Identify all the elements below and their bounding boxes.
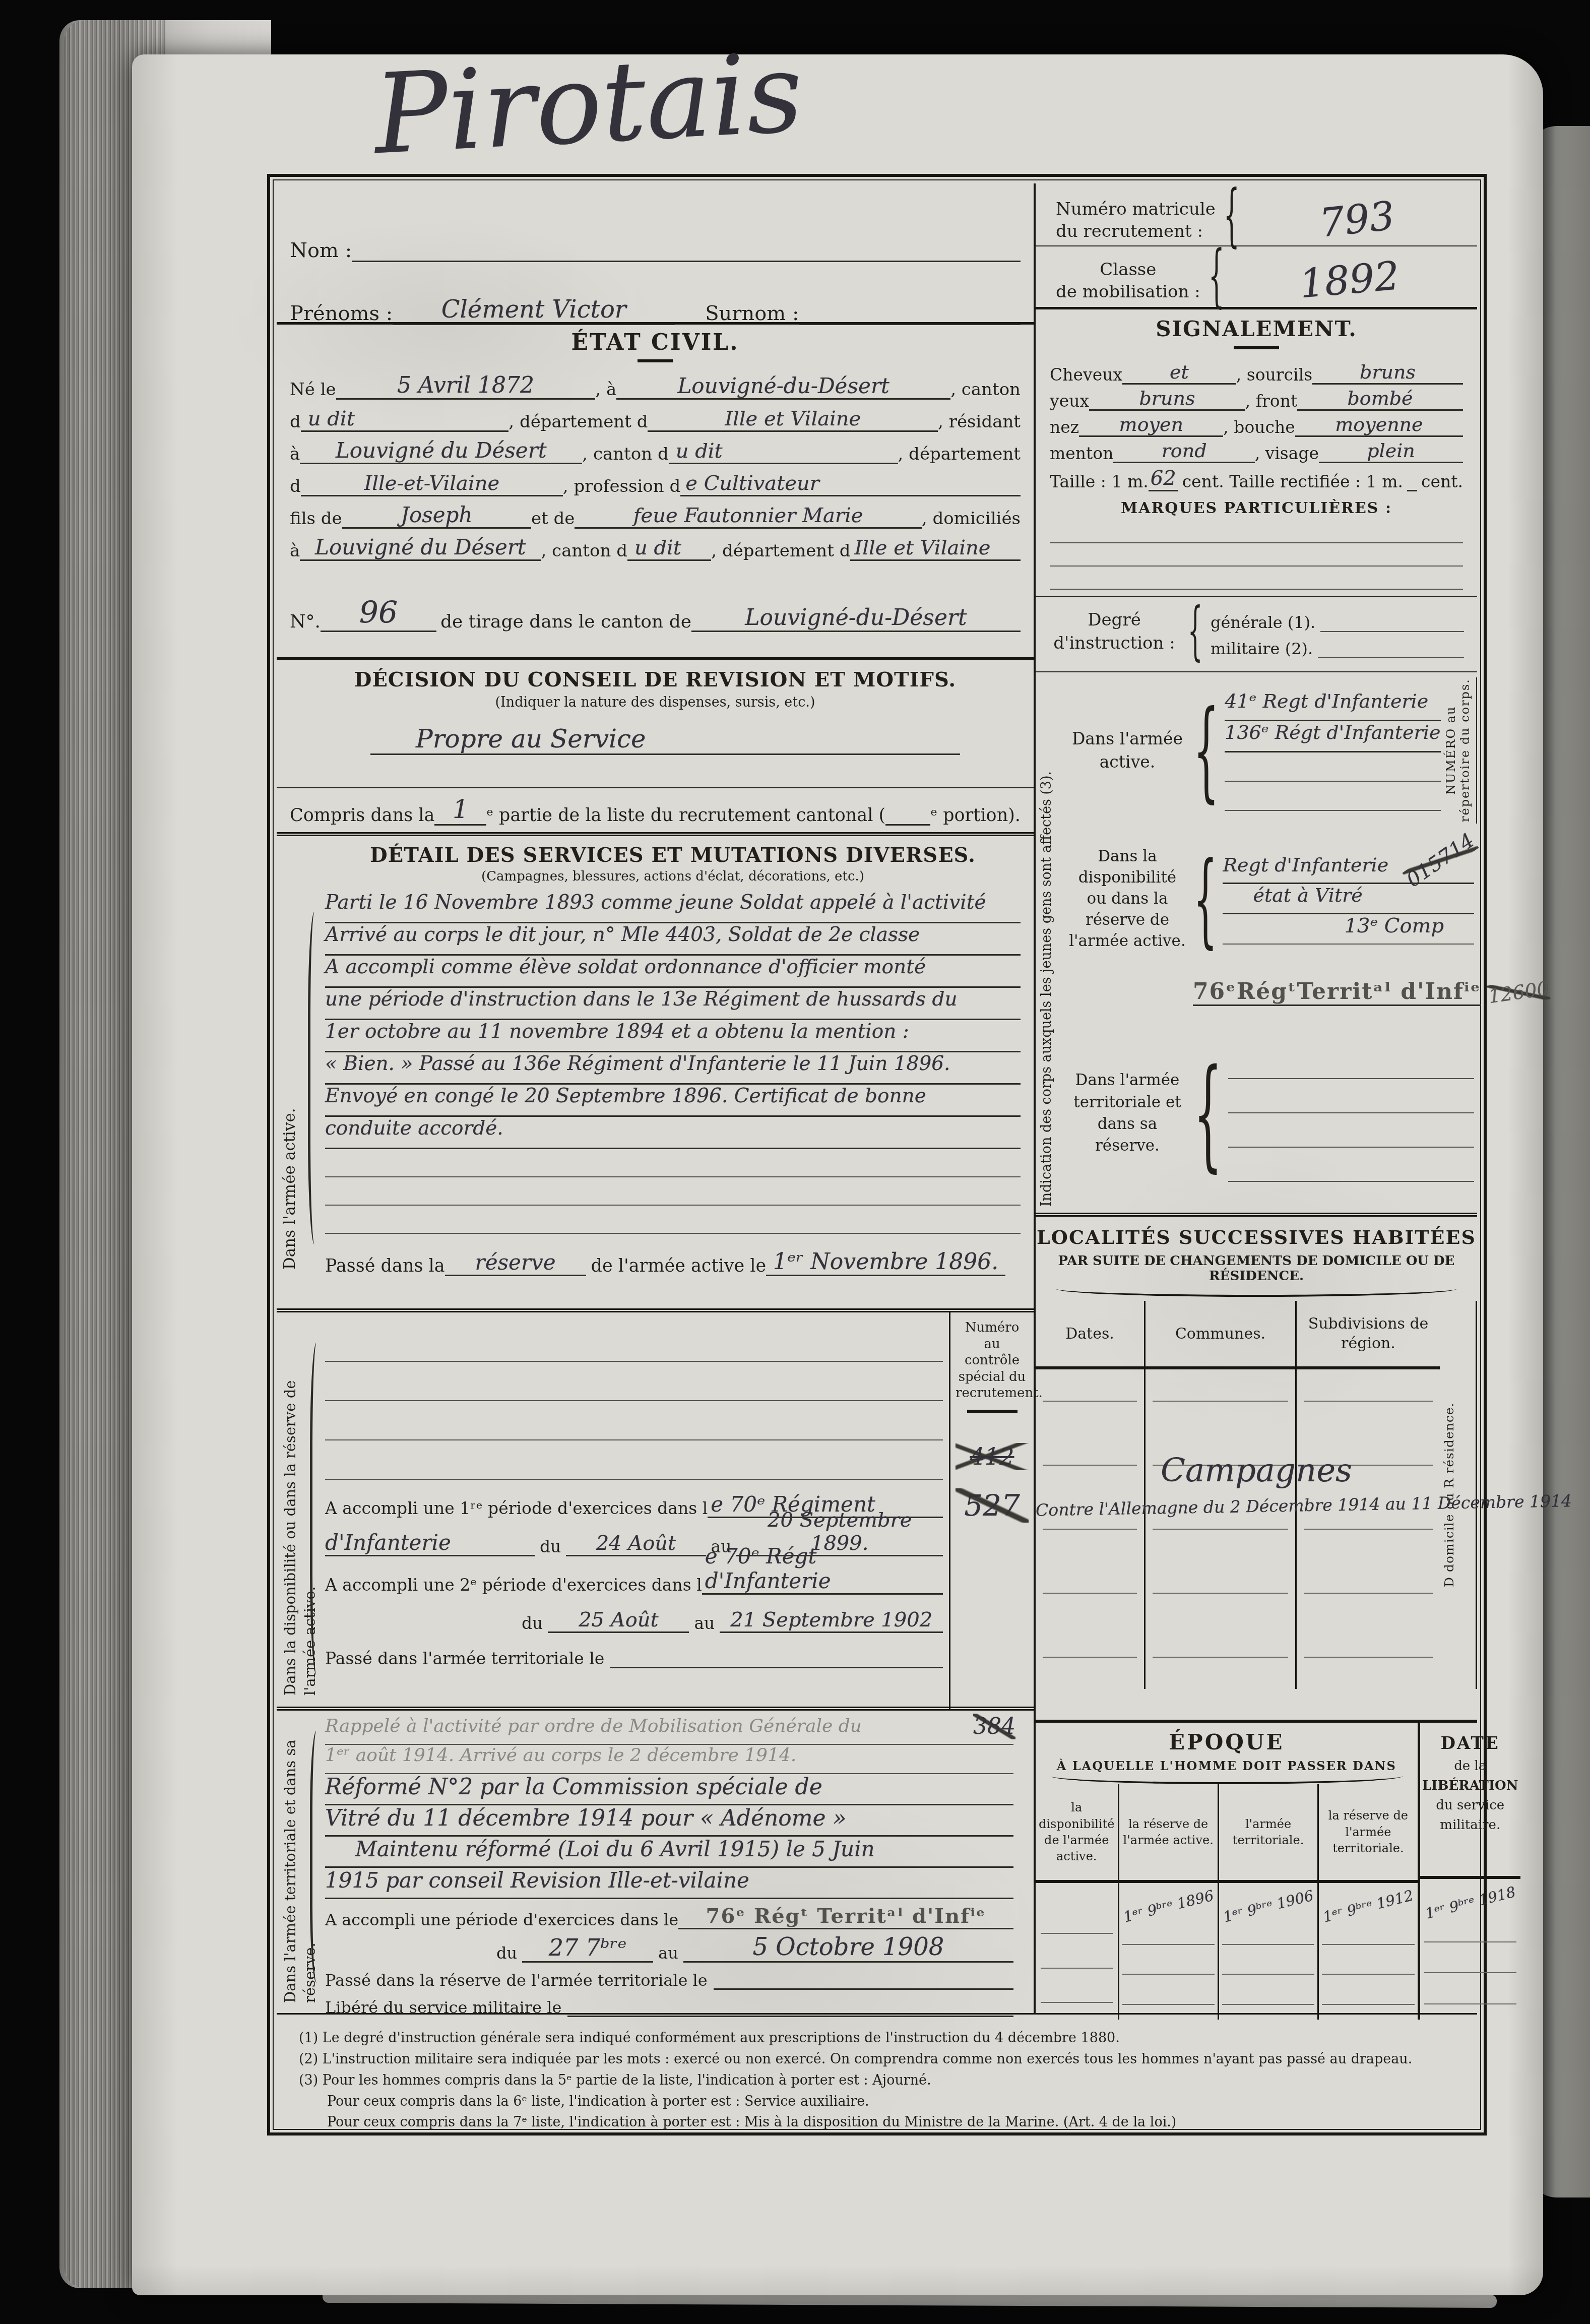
a3-label: à: [290, 541, 300, 561]
periode-prefix: A accompli une période d'exercices dans …: [325, 1910, 678, 1929]
matricule-form: Nom : Prénoms : Clément Victor Surnom : …: [267, 174, 1487, 2135]
brace: {: [1193, 1043, 1222, 1184]
epoque-col2: la réserve de l'armée active. 1ᵉʳ 9ᵇʳᵉ 1…: [1118, 1784, 1218, 2020]
p2-corps: e 70ᵉ Régt d'Infanterie: [702, 1544, 943, 1595]
blank-cell: [1322, 1944, 1414, 1945]
date-l4: du service: [1420, 1796, 1520, 1815]
taille-label: Taille : 1 m.: [1050, 472, 1149, 491]
services-section: Dans l'armée active. DÉTAIL DES SERVICES…: [277, 836, 1034, 1312]
residence: Louvigné du Désert: [300, 438, 582, 464]
departement-tail: , département: [898, 444, 1021, 464]
a2-label: à: [290, 444, 300, 464]
menton-value: rond: [1113, 439, 1254, 463]
taille-value: 62: [1149, 467, 1178, 491]
departement-naissance: Ille et Vilaine: [648, 407, 938, 432]
compris-section: Compris dans la 1 ᵉ partie de la liste d…: [277, 788, 1034, 836]
blank-line: [1050, 543, 1463, 567]
classe-label-l2: de mobilisation :: [1056, 281, 1200, 303]
passe-prefix: Passé dans la: [325, 1256, 445, 1276]
footnotes: (1) Le degré d'instruction générale sera…: [277, 2013, 1477, 2132]
surnom-line: [799, 302, 1021, 325]
blank-cell: [1122, 1944, 1215, 1945]
tirage-middle: de tirage dans le canton de: [436, 611, 691, 632]
fils-de-label: fils de: [290, 509, 342, 529]
blank-cell: [1222, 1974, 1314, 1975]
numero-raye: 384: [973, 1714, 1015, 1739]
territoriale-section: Dans l'armée territoriale et dans sa rés…: [277, 1711, 1034, 2011]
reforme-line: 1915 par conseil Revision Ille-et-vilain…: [325, 1868, 1013, 1899]
decision-value: Propre au Service: [370, 724, 960, 755]
service-line: une période d'instruction dans le 13e Ré…: [325, 988, 1021, 1020]
compris-prefix: Compris dans la: [290, 805, 434, 826]
localites-title: LOCALITÉS SUCCESSIVES HABITÉES: [1036, 1226, 1477, 1248]
blank-line: [325, 1177, 1021, 1206]
cheveux-label: Cheveux: [1050, 365, 1122, 385]
front-value: bombé: [1297, 387, 1463, 411]
date-l5: militaire.: [1420, 1815, 1520, 1835]
surnom-label: Surnom :: [705, 302, 799, 325]
passe-reserve-terr-label: Passé dans la réserve de l'armée territo…: [325, 1971, 708, 1990]
corps-active-row: Dans l'armée active. { 41ᵉ Regt d'Infant…: [1067, 672, 1477, 829]
date-liberation-col: DATE de la LIBÉRATION du service militai…: [1418, 1723, 1520, 2020]
corps-section: Indication des corps auxquels les jeunes…: [1036, 672, 1477, 1217]
d-label: d: [290, 412, 301, 432]
departement-domicile: Ille et Vilaine: [850, 536, 1021, 561]
tirage-section: N°. 96 de tirage dans le canton de Louvi…: [277, 582, 1034, 660]
blank-cell: [1153, 1465, 1288, 1466]
name-block: Nom : Prénoms : Clément Victor Surnom :: [277, 183, 1034, 325]
matricule-block: Numéro matricule du recrutement : { 793 …: [1036, 183, 1477, 309]
corps-terr-label: Dans l'armée territoriale et dans sa rés…: [1067, 1070, 1188, 1157]
blank-cell: [1304, 1657, 1433, 1658]
service-line: conduite accordé.: [325, 1117, 1021, 1149]
no-label: N°.: [290, 611, 321, 632]
col-dates-header: Dates.: [1036, 1301, 1144, 1366]
epoque-col4: la réserve de l'armée territoriale. 1ᵉʳ …: [1317, 1784, 1417, 2020]
ne-le-label: Né le: [290, 380, 336, 400]
nez-value: moyen: [1079, 413, 1223, 437]
epoque-subtitle: À LAQUELLE L'HOMME DOIT PASSER DANS: [1036, 1758, 1418, 1773]
corps-active-label: Dans l'armée active.: [1067, 727, 1188, 774]
regiment-stamp: 76ᵉ Régᵗ Territᵃˡ d'Infⁱᵉ: [678, 1904, 1013, 1929]
visage-label: , visage: [1255, 444, 1319, 463]
epoque-title: ÉPOQUE: [1036, 1730, 1418, 1754]
degre-label-l1: Degré: [1049, 609, 1180, 632]
blank-cell: [1322, 1974, 1414, 1975]
rappel-line: Rappelé à l'activité par ordre de Mobili…: [325, 1716, 1013, 1745]
profession-label: , profession d: [563, 476, 681, 496]
compris-suffix: ᵉ portion).: [930, 805, 1021, 826]
decision-title: DÉCISION DU CONSEIL DE REVISION ET MOTIF…: [290, 668, 1021, 692]
footnote-3: (3) Pour les hommes compris dans la 5ᵉ p…: [299, 2070, 1462, 2091]
blank-line: [1318, 639, 1464, 658]
passe-corps: réserve: [445, 1250, 586, 1276]
numero-matricule-label-l1: Numéro matricule: [1056, 198, 1216, 220]
epoque-reserve-active-value: 1ᵉʳ 9ᵇʳᵉ 1896: [1121, 1887, 1215, 1925]
epoque-col3-header: l'armée territoriale.: [1219, 1784, 1317, 1880]
blank-cell: [1043, 1401, 1137, 1402]
nez-label: nez: [1050, 417, 1079, 437]
sourcils-label: , sourcils: [1236, 365, 1312, 385]
title-rule: [1234, 346, 1279, 349]
col-communes: Communes.: [1144, 1301, 1295, 1689]
service-line: Envoyé en congé le 20 Septembre 1896. Ce…: [325, 1085, 1021, 1117]
prenoms-value: Clément Victor: [393, 295, 675, 325]
yeux-label: yeux: [1050, 391, 1089, 411]
col-communes-header: Communes.: [1146, 1301, 1295, 1366]
armee-active-vertical-label: Dans l'armée active.: [281, 1008, 299, 1270]
brace: {: [1224, 177, 1240, 256]
degre-generale-label: générale (1).: [1211, 613, 1315, 632]
blank-cell: [1043, 1465, 1137, 1466]
reforme-line: Vitré du 11 décembre 1914 pour « Adénome…: [325, 1805, 1013, 1837]
p1-corps2: d'Infanterie: [325, 1530, 535, 1556]
blank-cell: [1424, 2003, 1516, 2004]
service-line: 1er octobre au 11 novembre 1894 et a obt…: [325, 1020, 1021, 1052]
passe-date: 1ᵉʳ Novembre 1896.: [766, 1249, 1005, 1276]
profession: e Cultivateur: [680, 472, 1021, 496]
cheveux-value: et: [1122, 361, 1236, 385]
marques-title: MARQUES PARTICULIÈRES :: [1050, 499, 1463, 517]
corps-terr-row: Dans l'armée territoriale et dans sa rés…: [1067, 1015, 1477, 1212]
du-label: du: [517, 1613, 548, 1633]
epoque-reserve-terr-value: 1ᵉʳ 9ᵇʳᵉ 1912: [1321, 1887, 1415, 1925]
domicile: Louvigné du Désert: [300, 535, 541, 561]
blank-cell: [1424, 1941, 1516, 1942]
yeux-value: bruns: [1089, 387, 1245, 411]
blank-line: [1228, 1148, 1474, 1182]
blank-cell: [1122, 2004, 1215, 2005]
blank-cell: [1424, 1972, 1516, 1973]
du-label: du: [535, 1537, 566, 1556]
surname-flourish: Pirotais: [371, 38, 805, 170]
blank-cell: [1153, 1593, 1288, 1594]
front-label: , front: [1245, 391, 1297, 411]
corps-stamp-row: 76ᵉRégᵗTerritᵃˡ d'Infⁱᵉ 12600: [1067, 970, 1477, 1015]
blank-line: [325, 1401, 943, 1440]
title-rule: [638, 359, 673, 362]
d2-label: d: [290, 476, 301, 496]
blank-cell: [1041, 1968, 1113, 1969]
section-brace: [310, 1731, 323, 1983]
numero-matricule-label-l2: du recrutement :: [1056, 220, 1216, 242]
canton-label: , canton d: [582, 444, 668, 464]
canton-naissance: u dit: [301, 407, 509, 432]
blank-line: [325, 1206, 1021, 1234]
p1-prefix: A accompli une 1ʳᵉ période d'exercices d…: [325, 1498, 708, 1518]
nom-line: [352, 239, 1021, 262]
departement-residence: Ille-et-Vilaine: [301, 472, 563, 496]
blank-line: [1320, 613, 1464, 632]
section-brace: [308, 912, 321, 1244]
blank-cell: [1041, 2002, 1113, 2003]
passe-terr-label: Passé dans l'armée territoriale le: [325, 1649, 604, 1668]
date-l2: de la: [1420, 1756, 1520, 1776]
service-line: Parti le 16 Novembre 1893 comme jeune So…: [325, 891, 1021, 923]
blank-cell: [1304, 1401, 1433, 1402]
classe-label-l1: Classe: [1056, 259, 1200, 281]
corps-active-1: 41ᵉ Regt d'Infanterie: [1225, 690, 1441, 721]
taille-suffix: cent.: [1421, 472, 1463, 491]
blank-cell: [1322, 2004, 1414, 2005]
footnote-2: (2) L'instruction militaire sera indiqué…: [299, 2049, 1462, 2070]
au-label: au: [689, 1613, 720, 1633]
flourish: [1051, 1776, 1403, 1784]
blank-line: [325, 1149, 1021, 1177]
brace: {: [1208, 237, 1224, 316]
taille-rectifiee-label: cent. Taille rectifiée : 1 m.: [1178, 472, 1403, 491]
canton-suffix: , canton: [950, 380, 1021, 400]
degre-militaire-label: militaire (2).: [1211, 639, 1313, 658]
blank-line: [325, 1362, 943, 1401]
canton-residence: u dit: [669, 439, 898, 464]
blank-line: [1407, 473, 1417, 491]
canton-label2: , canton d: [541, 541, 627, 561]
tirage-numero: 96: [321, 595, 436, 632]
epoque-col4-header: la réserve de l'armée territoriale.: [1319, 1784, 1417, 1880]
decision-section: DÉCISION DU CONSEIL DE REVISION ET MOTIF…: [277, 660, 1034, 788]
blank-line: [1225, 752, 1441, 782]
tirage-canton: Louvigné-du-Désert: [691, 605, 1021, 632]
blank-line: [1228, 1045, 1474, 1079]
sourcils-value: bruns: [1312, 361, 1463, 385]
p1-debut: 24 Août: [566, 1532, 706, 1556]
nom-label: Nom :: [290, 239, 352, 262]
footnote-5: Pour ceux compris dans la 7ᵉ liste, l'in…: [299, 2112, 1462, 2133]
prenoms-label: Prénoms :: [290, 302, 393, 325]
col-dates: Dates.: [1036, 1301, 1144, 1689]
departement-label2: , département d: [711, 541, 850, 561]
services-title: DÉTAIL DES SERVICES ET MUTATIONS DIVERSE…: [325, 843, 1021, 867]
canton-domicile: u dit: [627, 536, 711, 561]
scanned-register-page: Pirotais Nom : Prénoms : Clément Victor: [0, 0, 1590, 2324]
domicilies-label: , domiciliés: [922, 509, 1021, 529]
signalement-title: SIGNALEMENT.: [1050, 317, 1463, 341]
periode-debut: 27 7ᵇʳᵉ: [522, 1934, 653, 1963]
brace: {: [1193, 687, 1220, 814]
degre-section: Degré d'instruction : { générale (1).: [1036, 597, 1477, 672]
services-subtitle: (Campagnes, blessures, actions d'éclat, …: [325, 869, 1021, 884]
col-subdivisions-header: Subdivisions de région.: [1297, 1301, 1440, 1366]
indication-corps-vertical-label: Indication des corps auxquels les jeunes…: [1039, 682, 1054, 1207]
blank-cell: [1153, 1529, 1288, 1530]
register-sheet: Pirotais Nom : Prénoms : Clément Victor: [132, 54, 1543, 2295]
section-brace: [310, 1343, 323, 1675]
ancien-numero-raye: 412: [956, 1443, 1029, 1470]
numero-repertoire-vertical-label: NUMÉRO au répertoire du corps.: [1444, 677, 1477, 824]
flourish: [1056, 1289, 1457, 1297]
blank-cell: [1304, 1465, 1433, 1466]
pere: Joseph: [342, 503, 531, 529]
epoque-col3: l'armée territoriale. 1ᵉʳ 9ᵇʳᵉ 1906: [1218, 1784, 1317, 2020]
stamp-numero-raye: 12600: [1487, 977, 1551, 1008]
epoque-col2-header: la réserve de l'armée active.: [1119, 1784, 1218, 1880]
blank-line: [714, 1970, 1013, 1990]
corps-dispo-row: Dans la disponibilité ou dans la réserve…: [1067, 829, 1477, 970]
date-liberation-value: 1ᵉʳ 9ᵇʳᵉ 1918: [1423, 1883, 1517, 1922]
left-column: Nom : Prénoms : Clément Victor Surnom : …: [277, 183, 1034, 2013]
localites-section: LOCALITÉS SUCCESSIVES HABITÉES PAR SUITE…: [1036, 1226, 1477, 1720]
epoque-territoriale-value: 1ᵉʳ 9ᵇʳᵉ 1906: [1221, 1887, 1315, 1925]
service-line: Arrivé au corps le dit jour, n° Mle 4403…: [325, 923, 1021, 956]
menton-label: menton: [1050, 444, 1113, 463]
epoque-col1-header: la disponibilité de l'armée active.: [1036, 1784, 1118, 1880]
blank-line: [1225, 782, 1441, 811]
etat-civil-title: ÉTAT CIVIL.: [290, 330, 1021, 355]
col-domicile-residence-vertical: D domicile ou R résidence.: [1440, 1301, 1477, 1689]
periode-fin: 5 Octobre 1908: [683, 1933, 1013, 1963]
numero-matricule-value: 793: [1246, 185, 1469, 254]
decision-subtitle: (Indiquer la nature des dispenses, sursi…: [290, 695, 1021, 710]
blank-cell: [1222, 2004, 1314, 2005]
p2-debut: 25 Août: [548, 1608, 689, 1633]
residant-label: , résidant: [938, 412, 1021, 432]
blank-cell: [1043, 1529, 1137, 1530]
signalement-section: SIGNALEMENT. Cheveux et , sourcils bruns…: [1036, 309, 1477, 597]
strip-rule: [967, 1410, 1017, 1413]
epoque-col1: la disponibilité de l'armée active.: [1036, 1784, 1118, 2020]
numero-controle-strip: Numéro au contrôle spécial du recrutemen…: [949, 1312, 1034, 1711]
nouveau-numero-raye: 527: [956, 1488, 1029, 1523]
portion-blank: [885, 805, 930, 826]
blank-line: [325, 1323, 943, 1362]
et-de-label: et de: [531, 509, 575, 529]
etat-civil-section: ÉTAT CIVIL. Né le 5 Avril 1872 , à Louvi…: [277, 325, 1034, 582]
footnote-1: (1) Le degré d'instruction générale sera…: [299, 2028, 1462, 2049]
blank-cell: [1222, 1944, 1314, 1945]
blank-cell: [1153, 1401, 1288, 1402]
service-line: « Bien. » Passé au 136e Régiment d'Infan…: [325, 1052, 1021, 1085]
reforme-line: Maintenu réformé (Loi du 6 Avril 1915) l…: [325, 1837, 1013, 1868]
mere: feue Fautonnier Marie: [575, 504, 921, 529]
date-naissance: 5 Avril 1872: [336, 372, 596, 400]
corps-stamp: 76ᵉRégᵗTerritᵃˡ d'Infⁱᵉ: [1193, 979, 1481, 1006]
du-label: du: [491, 1943, 522, 1963]
corps-dispo-label: Dans la disponibilité ou dans la réserve…: [1067, 846, 1188, 952]
blank-cell: [1043, 1593, 1137, 1594]
corps-dispo-2: état à Vitré: [1223, 884, 1474, 914]
right-column: Numéro matricule du recrutement : { 793 …: [1034, 183, 1477, 2013]
blank-line: [1228, 1079, 1474, 1113]
p2-prefix: A accompli une 2ᵉ période d'exercices da…: [325, 1575, 702, 1595]
lieu-naissance: Louvigné-du-Désert: [616, 373, 950, 400]
compris-middle: ᵉ partie de la liste du recrutement cant…: [486, 805, 885, 826]
footnote-4: Pour ceux compris dans la 6ᵉ liste, l'in…: [299, 2091, 1462, 2112]
rappel-line: 1ᵉʳ août 1914. Arrivé au corps le 2 déce…: [325, 1745, 1013, 1774]
disponibilite-section: Dans la disponibilité ou dans la réserve…: [277, 1312, 1034, 1711]
col-subdivisions: Subdivisions de région.: [1295, 1301, 1440, 1689]
blank-line: [610, 1646, 943, 1668]
classe-value: 1892: [1231, 247, 1469, 313]
blank-cell: [1122, 1974, 1215, 1975]
date-l3: LIBÉRATION: [1420, 1776, 1520, 1796]
blank-cell: [1304, 1593, 1433, 1594]
departement-label: , département d: [508, 412, 648, 432]
bouche-label: , bouche: [1223, 417, 1295, 437]
brace: {: [1193, 840, 1218, 958]
compris-partie: 1: [434, 795, 486, 826]
blank-line: [1050, 567, 1463, 590]
degre-label-l2: d'instruction :: [1049, 632, 1180, 655]
blank-cell: [1304, 1529, 1433, 1530]
numero-controle-label: Numéro au contrôle spécial du recrutemen…: [956, 1320, 1029, 1402]
brace: {: [1188, 596, 1203, 668]
a-label: , à: [595, 380, 616, 400]
reforme-line: Réformé N°2 par la Commission spéciale d…: [325, 1774, 1013, 1805]
corps-dispo-3: 13ᵉ Comp: [1223, 914, 1474, 945]
corps-active-2: 136ᵉ Régt d'Infanterie: [1225, 721, 1441, 752]
blank-cell: [1041, 1933, 1113, 1934]
p2-fin: 21 Septembre 1902: [720, 1608, 943, 1633]
passe-middle: de l'armée active le: [586, 1256, 767, 1276]
service-line: A accompli comme élève soldat ordonnance…: [325, 956, 1021, 988]
blank-line: [325, 1440, 943, 1480]
blank-cell: [1043, 1657, 1137, 1658]
au-label: au: [653, 1943, 683, 1963]
epoque-section: ÉPOQUE À LAQUELLE L'HOMME DOIT PASSER DA…: [1036, 1720, 1477, 2020]
localites-subtitle: PAR SUITE DE CHANGEMENTS DE DOMICILE OU …: [1036, 1253, 1477, 1284]
visage-value: plein: [1319, 439, 1463, 463]
blank-cell: [1153, 1657, 1288, 1658]
bouche-value: moyenne: [1295, 413, 1463, 437]
blank-line: [1228, 1113, 1474, 1148]
blank-line: [1050, 517, 1463, 543]
date-l1: DATE: [1420, 1731, 1520, 1756]
